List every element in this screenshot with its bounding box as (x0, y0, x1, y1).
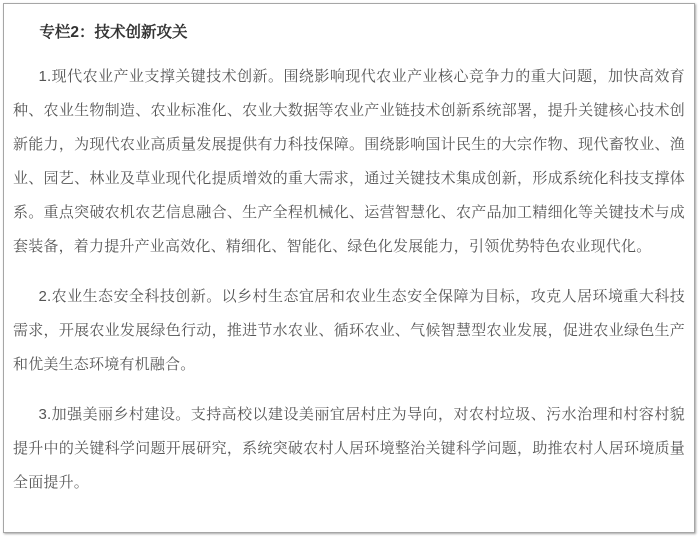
paragraph-beautiful-village: 3.加强美丽乡村建设。支持高校以建设美丽宜居村庄为导向，对农村垃圾、污水治理和村… (13, 398, 685, 500)
callout-box: 专栏2：技术创新攻关 1.现代农业产业支撑关键技术创新。围绕影响现代农业产业核心… (3, 3, 695, 533)
panel-title: 专栏2：技术创新攻关 (13, 22, 685, 44)
paragraph-eco-safety: 2.农业生态安全科技创新。以乡村生态宜居和农业生态安全保障为目标，攻克人居环境重… (13, 280, 685, 382)
paragraph-tech-innovation: 1.现代农业产业支撑关键技术创新。围绕影响现代农业产业核心竞争力的重大问题，加快… (13, 60, 685, 264)
